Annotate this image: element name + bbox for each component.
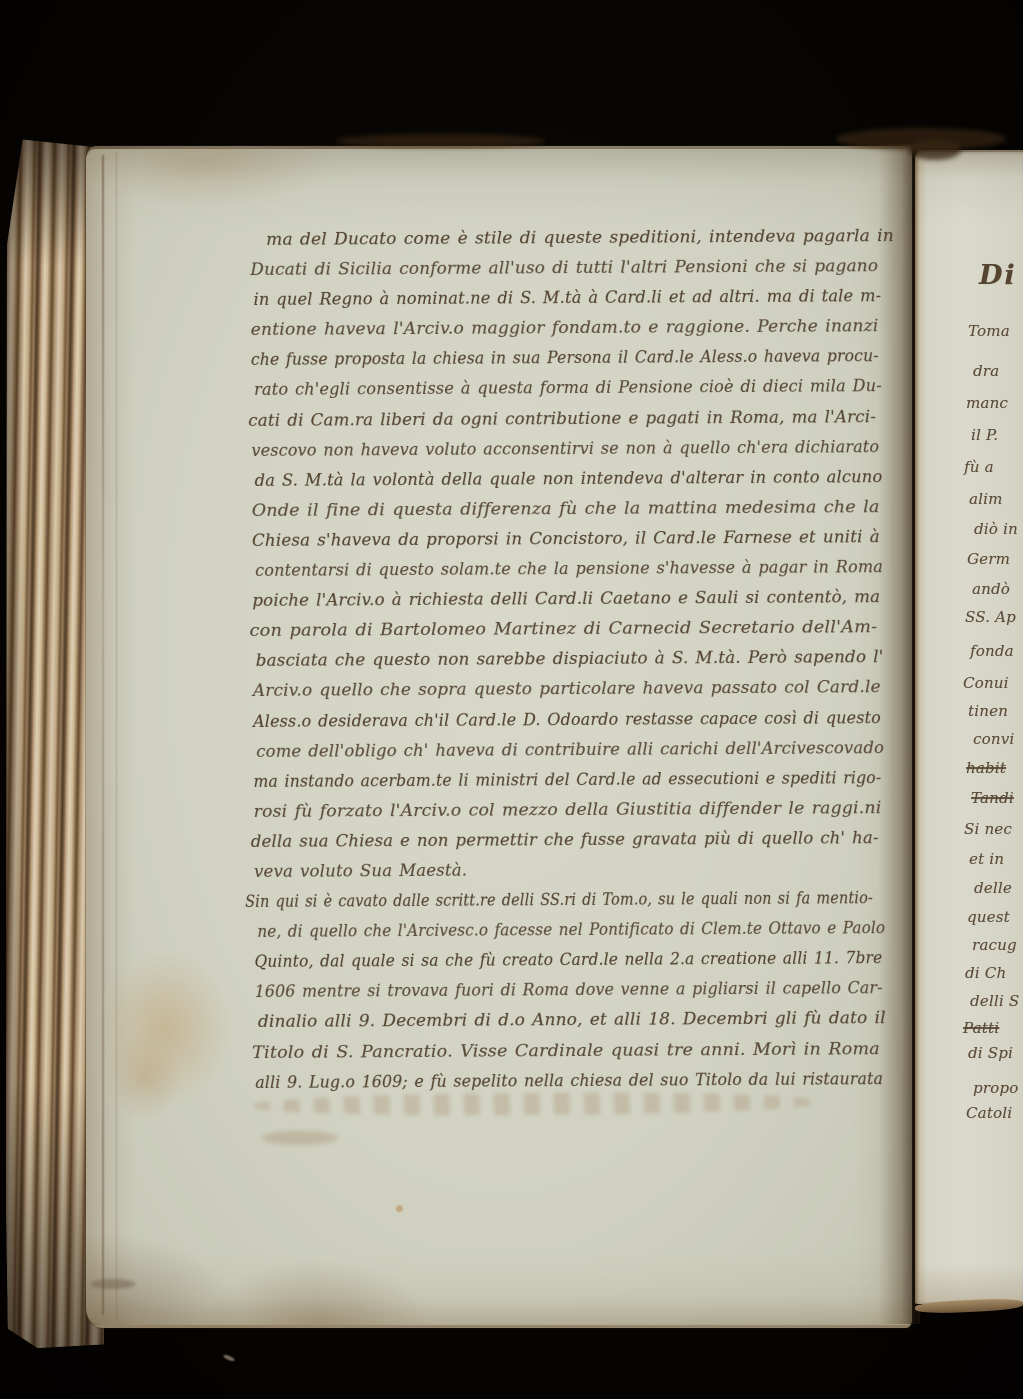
paper-stain-spot xyxy=(396,1205,403,1212)
manuscript-line-text: vescovo non haveva voluto acconsentirvi … xyxy=(251,432,879,466)
manuscript-line: da S. M.tà la volontà della quale non in… xyxy=(251,462,931,496)
manuscript-line: 1606 mentre si trovava fuori di Roma dov… xyxy=(255,973,935,1007)
manuscript-line-text: rato ch'egli consentisse à questa forma … xyxy=(254,372,882,406)
manuscript-line: Ducati di Sicilia conforme all'uso di tu… xyxy=(250,251,930,285)
facing-page-line-fragment: fonda xyxy=(970,642,1014,660)
manuscript-line: della sua Chiesa e non permettir che fus… xyxy=(254,823,934,857)
facing-page-fragments: DiTomadramancil P.fù aalimdiò inGermandò… xyxy=(915,152,1023,1304)
manuscript-line-text: dinalio alli 9. Decembri di d.o Anno, et… xyxy=(258,1004,886,1038)
facing-page-line-fragment: quest xyxy=(967,908,1010,926)
fragment-text: propo xyxy=(973,1079,1018,1097)
manuscript-line-text: poiche l'Arciv.o à richiesta delli Card.… xyxy=(252,582,880,616)
manuscript-line: Aless.o desiderava ch'il Card.le D. Odoa… xyxy=(253,702,933,736)
manuscript-line-text: veva voluto Sua Maestà. xyxy=(254,856,467,887)
margin-scribble xyxy=(90,1279,136,1289)
manuscript-line-text: basciata che questo non sarebbe dispiaci… xyxy=(256,642,884,676)
facing-page-line-fragment: Si nec xyxy=(964,820,1012,838)
manuscript-line-text: che fusse proposta la chiesa in sua Pers… xyxy=(251,342,879,376)
fragment-text: di Ch xyxy=(965,964,1006,982)
fragment-text: Conui xyxy=(963,674,1009,692)
manuscript-line: che fusse proposta la chiesa in sua Pers… xyxy=(251,341,931,375)
manuscript-line: ma del Ducato come è stile di queste spe… xyxy=(250,221,930,255)
manuscript-line-text: ne, di quello che l'Arcivesc.o facesse n… xyxy=(257,913,885,947)
facing-page-line-fragment: habit xyxy=(966,759,1006,777)
manuscript-line-text: ma instando acerbam.te li ministri del C… xyxy=(253,763,881,797)
manuscript-line: Sin qui si è cavato dalle scritt.re dell… xyxy=(254,883,934,917)
manuscript-line: dinalio alli 9. Decembri di d.o Anno, et… xyxy=(255,1003,935,1037)
page-gutter xyxy=(878,144,920,1324)
manuscript-line: poiche l'Arciv.o à richiesta delli Card.… xyxy=(252,582,932,616)
manuscript-line: Chiesa s'haveva da proporsi in Concistor… xyxy=(252,522,932,556)
manuscript-line: ne, di quello che l'Arcivesc.o facesse n… xyxy=(254,913,934,947)
facing-page-line-fragment: propo xyxy=(973,1079,1018,1097)
manuscript-line: contentarsi di questo solam.te che la pe… xyxy=(252,552,932,586)
facing-page-line-fragment: manc xyxy=(966,394,1008,412)
manuscript-line: Arciv.o quello che sopra questo particol… xyxy=(253,672,933,706)
facing-page-line-fragment: et in xyxy=(969,850,1004,868)
manuscript-line: veva voluto Sua Maestà. xyxy=(254,853,934,887)
fragment-text: andò xyxy=(972,580,1010,598)
left-page: ma del Ducato come è stile di queste spe… xyxy=(86,146,912,1328)
manuscript-line: entione haveva l'Arciv.o maggior fondam.… xyxy=(251,311,931,345)
manuscript-line: Titolo di S. Pancratio. Visse Cardinale … xyxy=(255,1033,935,1067)
manuscript-line: con parola di Bartolomeo Martinez di Car… xyxy=(252,612,932,646)
fragment-text: alim xyxy=(969,490,1003,508)
fragment-text: quest xyxy=(967,908,1010,926)
manuscript-line-text: con parola di Bartolomeo Martinez di Car… xyxy=(249,612,877,646)
manuscript-line-text: ma del Ducato come è stile di queste spe… xyxy=(266,221,894,255)
facing-page-line-fragment: il P. xyxy=(971,426,998,444)
manuscript-line-text: Onde il fine di questa differenza fù che… xyxy=(252,492,880,526)
manuscript-line: basciata che questo non sarebbe dispiaci… xyxy=(253,642,933,676)
manuscript-line: come dell'obligo ch' haveva di contribui… xyxy=(253,732,933,766)
facing-page: DiTomadramancil P.fù aalimdiò inGermandò… xyxy=(915,150,1023,1304)
manuscript-line-text: cati di Cam.ra liberi da ogni contributi… xyxy=(248,402,876,436)
manuscript-line-text: entione haveva l'Arciv.o maggior fondam.… xyxy=(251,311,879,345)
fragment-text: et in xyxy=(969,850,1004,868)
fragment-text: diò in xyxy=(974,520,1018,538)
fragment-text: dra xyxy=(973,362,999,380)
facing-page-line-fragment: racug xyxy=(972,936,1017,954)
facing-page-line-fragment: fù a xyxy=(964,458,994,476)
manuscript-line-text: Titolo di S. Pancratio. Visse Cardinale … xyxy=(252,1034,880,1068)
page-top-edge-shadow xyxy=(836,128,1006,150)
manuscript-line-text: 1606 mentre si trovava fuori di Roma dov… xyxy=(255,973,883,1007)
manuscript-line-text: da S. M.tà la volontà della quale non in… xyxy=(254,462,882,496)
facing-page-line-fragment: Patti xyxy=(963,1019,999,1037)
facing-page-heading-fragment: Di xyxy=(979,260,1017,291)
facing-page-line-fragment: delle xyxy=(974,879,1012,897)
facing-page-line-fragment: Tandi xyxy=(971,789,1014,807)
manuscript-line: in quel Regno à nominat.ne di S. M.tà à … xyxy=(250,281,930,315)
fragment-text: Toma xyxy=(968,322,1010,340)
facing-page-line-fragment: di Spi xyxy=(968,1044,1013,1062)
facing-page-line-fragment: Germ xyxy=(967,550,1010,568)
manuscript-line-text: Chiesa s'haveva da proporsi in Concistor… xyxy=(252,522,880,556)
fragment-text: Tandi xyxy=(971,789,1014,807)
facing-page-line-fragment: SS. Ap xyxy=(965,608,1016,626)
facing-page-line-fragment: andò xyxy=(972,580,1010,598)
facing-page-line-fragment: Conui xyxy=(963,674,1009,692)
manuscript-lines: ma del Ducato come è stile di queste spe… xyxy=(250,221,935,1098)
manuscript-line: ma instando acerbam.te li ministri del C… xyxy=(253,763,933,797)
manuscript-line-text: in quel Regno à nominat.ne di S. M.tà à … xyxy=(253,281,881,315)
manuscript-line-text: Quinto, dal quale si sa che fù creato Ca… xyxy=(254,943,882,977)
facing-page-line-fragment: di Ch xyxy=(965,964,1006,982)
manuscript-line-text: Ducati di Sicilia conforme all'uso di tu… xyxy=(250,251,878,285)
facing-page-line-fragment: Toma xyxy=(968,322,1010,340)
facing-page-line-fragment: alim xyxy=(969,490,1003,508)
page-fold-line xyxy=(116,151,117,1319)
facing-page-line-fragment: tinen xyxy=(968,702,1008,720)
manuscript-line: cati di Cam.ra liberi da ogni contributi… xyxy=(251,401,931,435)
page-top-edge-shadow xyxy=(336,134,546,148)
manuscript-line-text: come dell'obligo ch' haveva di contribui… xyxy=(256,733,884,767)
manuscript-line: vescovo non haveva voluto acconsentirvi … xyxy=(251,431,931,465)
manuscript-line-text: Sin qui si è cavato dalle scritt.re dell… xyxy=(245,883,873,917)
fragment-text: Catoli xyxy=(966,1104,1012,1122)
fragment-text: Germ xyxy=(967,550,1010,568)
facing-page-line-fragment: diò in xyxy=(974,520,1018,538)
fragment-text: SS. Ap xyxy=(965,608,1016,626)
facing-page-line-fragment: delli S xyxy=(970,992,1019,1010)
fragment-text: fù a xyxy=(964,458,994,476)
manuscript-line: rosi fù forzato l'Arciv.o col mezzo dell… xyxy=(253,793,933,827)
manuscript-line-text: della sua Chiesa e non permettir che fus… xyxy=(251,823,879,857)
fragment-text: il P. xyxy=(971,426,998,444)
fragment-text: Patti xyxy=(963,1019,999,1037)
fragment-text: racug xyxy=(972,936,1017,954)
manuscript-line-text: Arciv.o quello che sopra questo particol… xyxy=(253,673,881,707)
manuscript-line: Onde il fine di questa differenza fù che… xyxy=(252,492,932,526)
fragment-text: habit xyxy=(966,759,1006,777)
facing-page-line-fragment: Catoli xyxy=(966,1104,1012,1122)
fragment-text: di Spi xyxy=(968,1044,1013,1062)
fragment-text: Di xyxy=(979,260,1017,291)
fragment-text: Si nec xyxy=(964,820,1012,838)
dust-speck xyxy=(223,1354,236,1363)
fragment-text: delli S xyxy=(970,992,1019,1010)
manuscript-photo: ma del Ducato come è stile di queste spe… xyxy=(0,0,1023,1399)
facing-page-line-fragment: dra xyxy=(973,362,999,380)
page-fold-line xyxy=(102,155,104,1315)
manuscript-line-text: contentarsi di questo solam.te che la pe… xyxy=(255,552,883,586)
fragment-text: convi xyxy=(973,730,1014,748)
facing-page-line-fragment: convi xyxy=(973,730,1014,748)
manuscript-line-text: Aless.o desiderava ch'il Card.le D. Odoa… xyxy=(253,703,881,737)
fragment-text: delle xyxy=(974,879,1012,897)
fragment-text: manc xyxy=(966,394,1008,412)
fragment-text: tinen xyxy=(968,702,1008,720)
manuscript-line: Quinto, dal quale si sa che fù creato Ca… xyxy=(254,943,934,977)
manuscript-line: alli 9. Lug.o 1609; e fù sepelito nella … xyxy=(255,1063,935,1097)
ink-smudge xyxy=(262,1131,338,1145)
manuscript-line-text: rosi fù forzato l'Arciv.o col mezzo dell… xyxy=(253,793,881,827)
fragment-text: fonda xyxy=(970,642,1014,660)
manuscript-line-text: alli 9. Lug.o 1609; e fù sepelito nella … xyxy=(255,1064,883,1098)
manuscript-line: rato ch'egli consentisse à questa forma … xyxy=(251,371,931,405)
